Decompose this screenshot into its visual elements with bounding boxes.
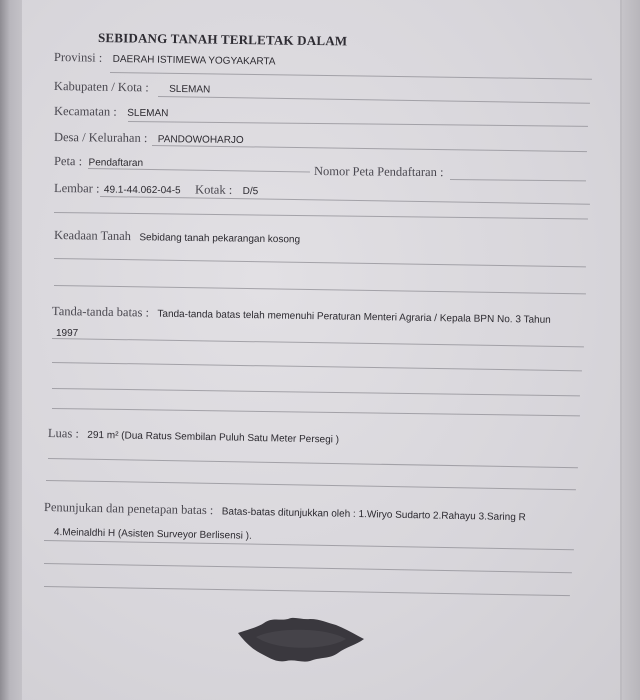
ornament-emblem: [236, 617, 366, 663]
kabupaten-value: SLEMAN: [169, 84, 210, 96]
desa-label: Desa / Kelurahan :: [54, 130, 148, 145]
kotak-value: D/5: [243, 186, 259, 197]
kabupaten-label: Kabupaten / Kota :: [54, 79, 149, 94]
keadaan-tanah-row: Keadaan Tanah Sebidang tanah pekarangan …: [54, 226, 300, 247]
provinsi-value: DAERAH ISTIMEWA YOGYAKARTA: [113, 54, 276, 68]
lembar-label: Lembar :: [54, 181, 100, 195]
desa-value: PANDOWOHARJO: [158, 134, 244, 146]
luas-value: 291 m² (Dua Ratus Sembilan Puluh Satu Me…: [87, 430, 339, 446]
page-edge: [620, 0, 622, 700]
kecamatan-value: SLEMAN: [127, 108, 168, 119]
kecamatan-label: Kecamatan :: [54, 104, 117, 119]
kabupaten-row: Kabupaten / Kota : SLEMAN: [54, 77, 211, 97]
provinsi-label: Provinsi :: [54, 50, 102, 65]
kotak-label: Kotak :: [195, 182, 232, 196]
keadaan-tanah-label: Keadaan Tanah: [54, 228, 131, 243]
tanda-batas-label: Tanda-tanda batas :: [52, 304, 149, 320]
nomor-peta-label: Nomor Peta Pendaftaran :: [314, 164, 444, 179]
keadaan-tanah-value: Sebidang tanah pekarangan kosong: [139, 232, 300, 245]
kecamatan-row: Kecamatan : SLEMAN: [54, 102, 169, 121]
lembar-value: 49.1-44.062-04-5: [104, 185, 181, 197]
peta-label: Peta :: [54, 154, 82, 168]
provinsi-row: Provinsi : DAERAH ISTIMEWA YOGYAKARTA: [54, 48, 276, 69]
penunjukan-label: Penunjukan dan penetapan batas :: [44, 500, 214, 517]
luas-label: Luas :: [48, 426, 79, 441]
nomor-peta-row: Nomor Peta Pendaftaran :: [314, 162, 444, 181]
